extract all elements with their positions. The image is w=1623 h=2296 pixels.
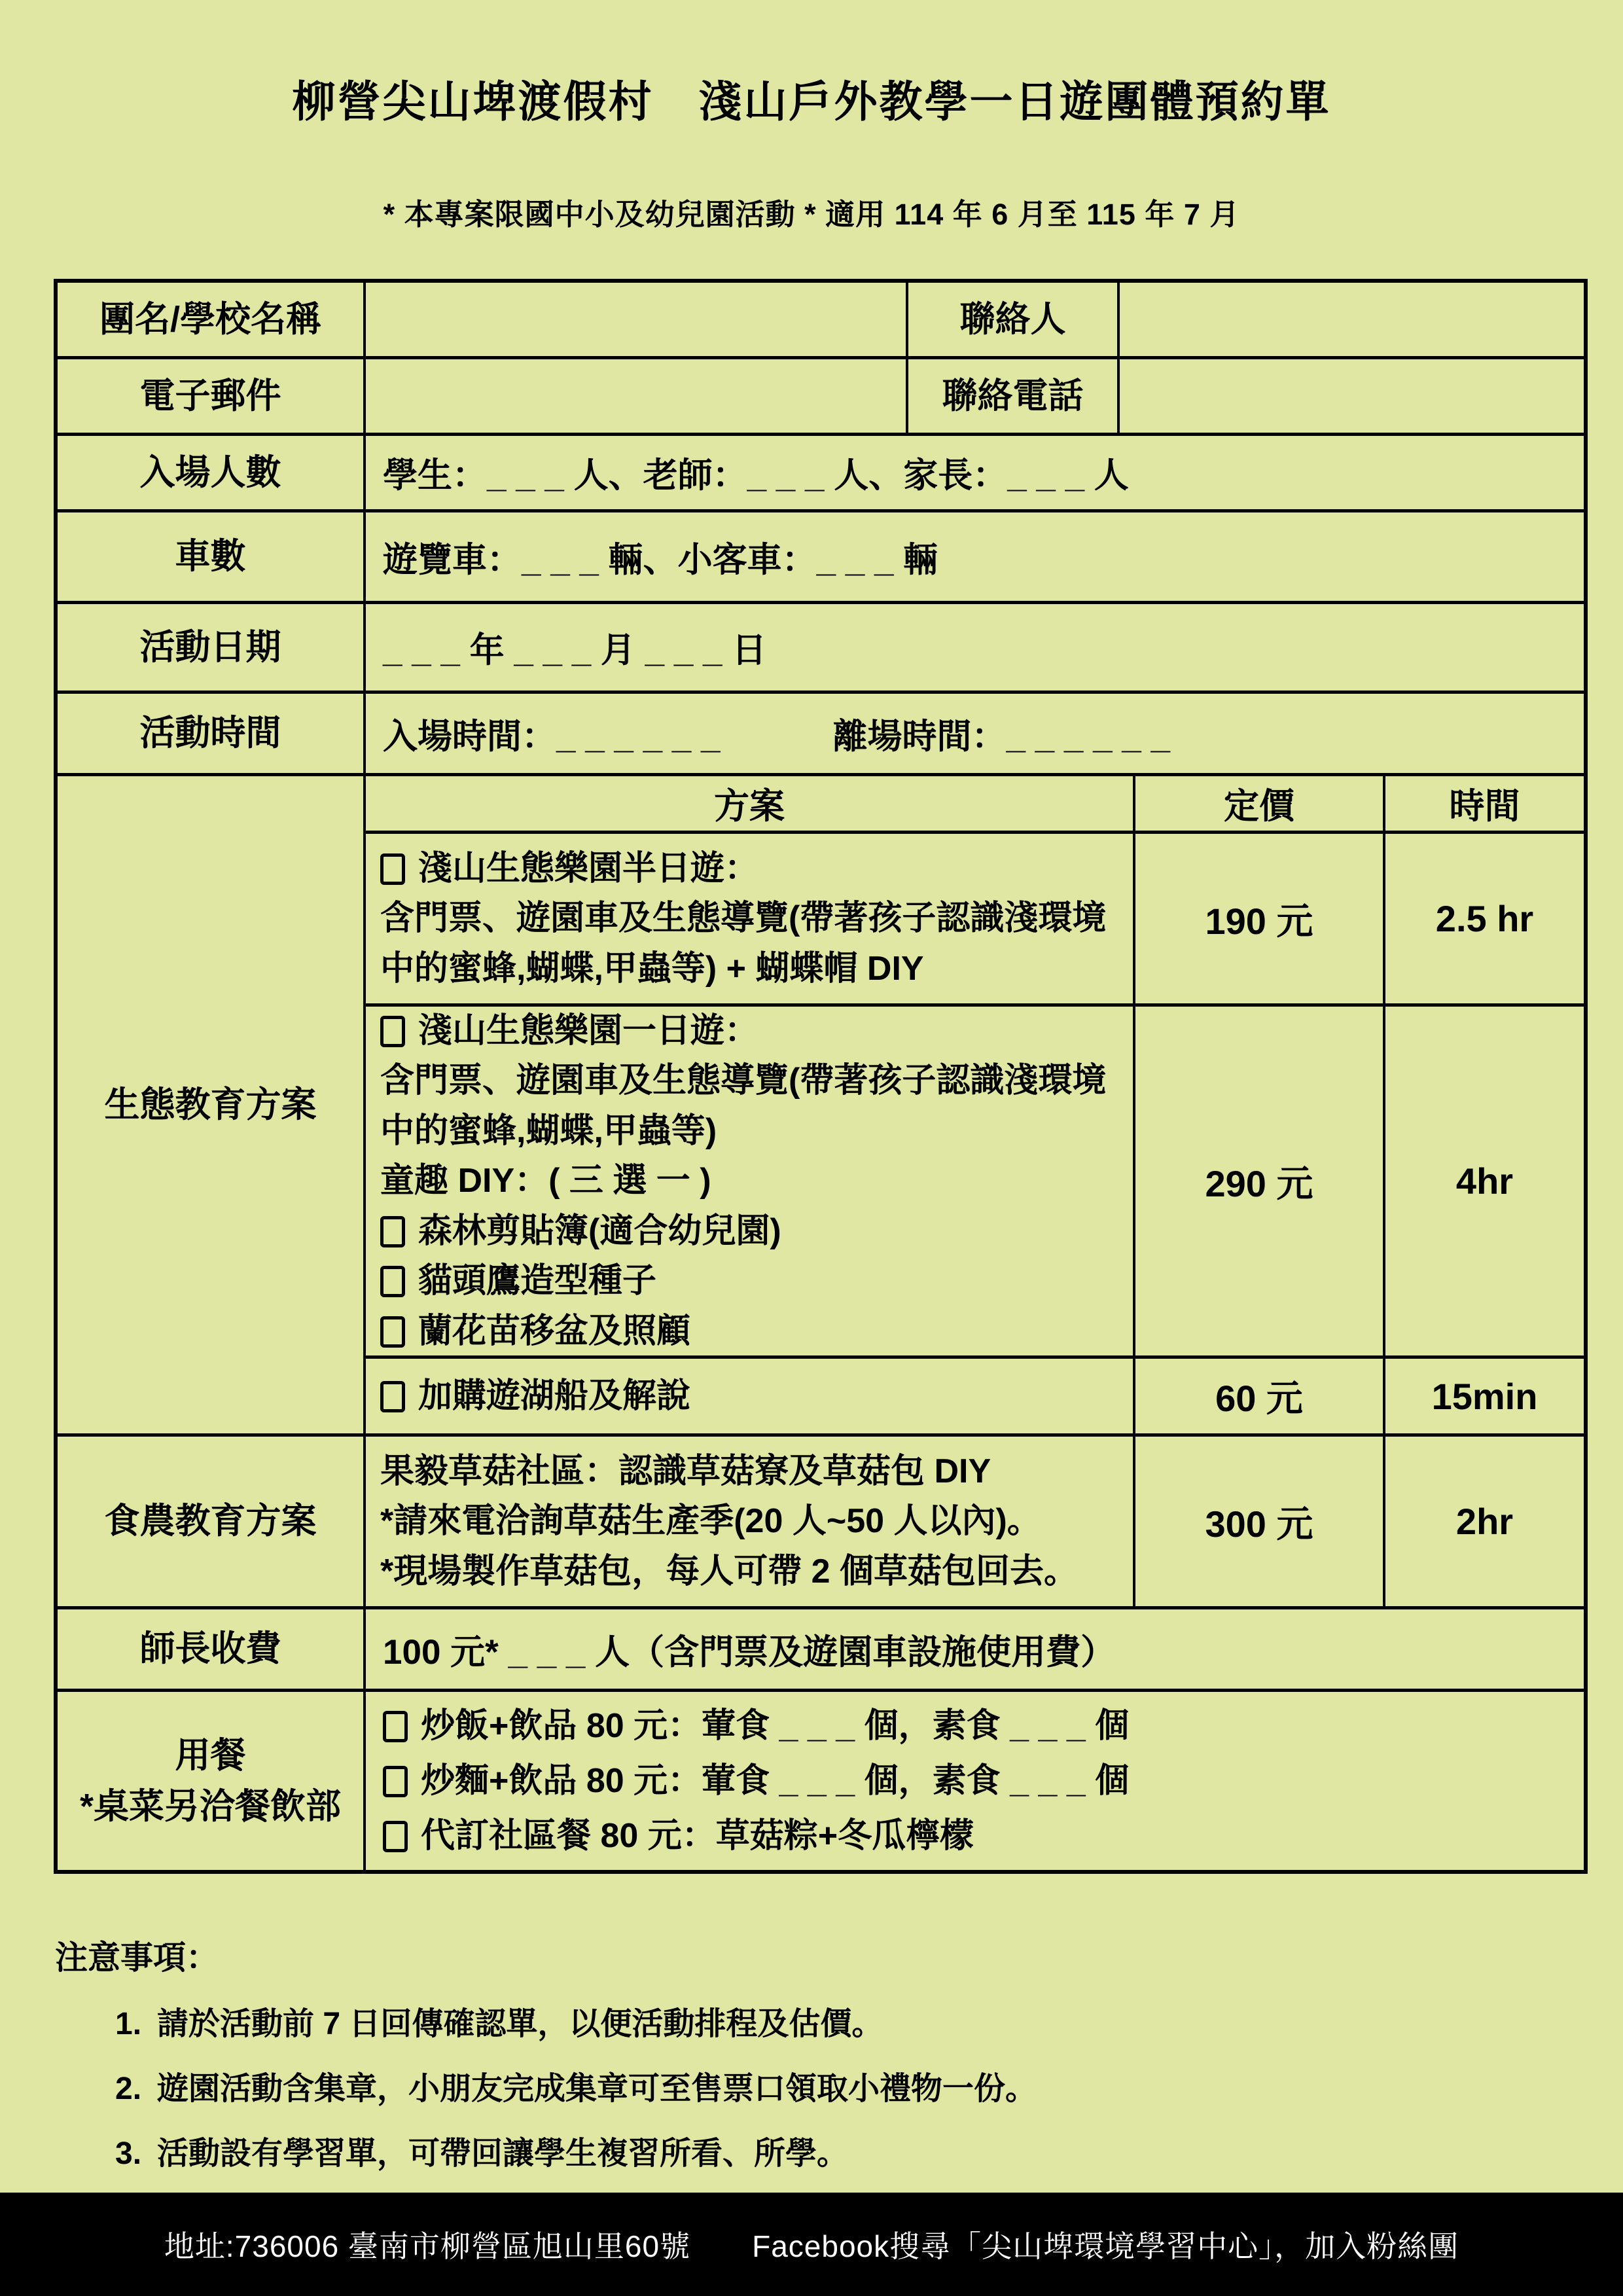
checkbox-diy-owl-seed[interactable] [380, 1266, 405, 1297]
vehicles-label: 車數 [58, 512, 366, 601]
note-text-3: 活動設有學習單，可帶回讓學生複習所看、所學。 [157, 2136, 848, 2171]
phone-label: 聯絡電話 [908, 359, 1120, 433]
row-activity-date: 活動日期 _ _ _ 年 _ _ _ 月 _ _ _ 日 [58, 604, 1584, 694]
boat-addon-title: 加購遊湖船及解說 [418, 1377, 690, 1415]
row-vehicles: 車數 遊覽車：_ _ _ 輛、小客車：_ _ _ 輛 [58, 512, 1584, 604]
agri-price-cell: 300 元 [1135, 1437, 1385, 1606]
row-agri-education: 食農教育方案 果毅草菇社區：認識草菇寮及草菇包 DIY *請來電洽詢草菇生產季(… [58, 1437, 1584, 1609]
row-meals: 用餐 *桌菜另洽餐飲部 炒飯+飲品 80 元：葷食 _ _ _ 個，素食 _ _… [58, 1692, 1584, 1870]
row-email: 電子郵件 聯絡電話 [58, 359, 1584, 436]
meals-label: 用餐 *桌菜另洽餐飲部 [58, 1692, 366, 1870]
half-day-title: 淺山生態樂園半日遊： [418, 850, 758, 888]
agri-line2: *請來電洽詢草菇生產季(20 人~50 人以內)。 [380, 1496, 1124, 1546]
row-activity-time: 活動時間 入場時間：_ _ _ _ _ _ 離場時間：_ _ _ _ _ _ [58, 694, 1584, 776]
full-day-line2: 含門票、遊園車及生態導覽(帶著孩子認識淺環境 [380, 1056, 1124, 1105]
agri-price: 300 元 [1205, 1496, 1313, 1548]
boat-addon-price-cell: 60 元 [1135, 1359, 1385, 1433]
activity-time-fill-in[interactable]: 入場時間：_ _ _ _ _ _ 離場時間：_ _ _ _ _ _ [366, 694, 1584, 773]
email-input-cell[interactable] [366, 359, 908, 433]
half-day-plan-cell: 淺山生態樂園半日遊： 含門票、遊園車及生態導覽(帶著孩子認識淺環境 中的蜜蜂,蝴… [366, 834, 1135, 1003]
boat-addon-cell: 加購遊湖船及解說 [366, 1359, 1135, 1433]
plan-row-boat-addon: 加購遊湖船及解說 60 元 15min [366, 1359, 1584, 1433]
price-column-header: 定價 [1135, 776, 1385, 831]
full-day-time-cell: 4hr [1385, 1007, 1584, 1355]
checkbox-diy-orchid-pot[interactable] [380, 1316, 405, 1348]
agri-line3: *現場製作草菇包，每人可帶 2 個草菇包回去。 [380, 1547, 1124, 1596]
contact-person-input-cell[interactable] [1120, 283, 1584, 356]
half-day-time-cell: 2.5 hr [1385, 834, 1584, 1003]
diy-option-1: 森林剪貼簿(適合幼兒園) [418, 1212, 781, 1250]
meals-label-line2: *桌菜另洽餐飲部 [80, 1781, 341, 1832]
eco-education-label: 生態教育方案 [58, 776, 366, 1433]
reservation-table: 團名/學校名稱 聯絡人 電子郵件 聯絡電話 入場人數 學生：_ _ _ 人、老師… [54, 279, 1588, 1874]
agri-plan-cell: 果毅草菇社區：認識草菇寮及草菇包 DIY *請來電洽詢草菇生產季(20 人~50… [366, 1437, 1135, 1606]
attendance-label: 入場人數 [58, 436, 366, 509]
exit-time-blank[interactable]: 離場時間：_ _ _ _ _ _ [832, 709, 1169, 759]
diy-option-2: 貓頭鷹造型種子 [418, 1262, 656, 1300]
plan-column-header: 方案 [366, 776, 1135, 831]
note-number-2: 2. [115, 2071, 157, 2107]
half-day-price-cell: 190 元 [1135, 834, 1385, 1003]
note-item-3: 3.活動設有學習單，可帶回讓學生複習所看、所學。 [115, 2128, 1623, 2173]
footer-bar: 地址:736006 臺南市柳營區旭山里60號 Facebook搜尋「尖山埤環境學… [0, 2193, 1623, 2296]
plan-row-half-day: 淺山生態樂園半日遊： 含門票、遊園車及生態導覽(帶著孩子認識淺環境 中的蜜蜂,蝴… [366, 834, 1584, 1007]
full-day-title: 淺山生態樂園一日遊： [418, 1012, 758, 1050]
footer-address-text: 地址:736006 臺南市柳營區旭山里60號 Facebook搜尋「尖山埤環境學… [164, 2223, 1459, 2266]
full-day-time: 4hr [1456, 1160, 1513, 1202]
full-day-diy-line: 童趣 DIY：( 三 選 一 ) [380, 1156, 1124, 1206]
attendance-fill-in[interactable]: 學生：_ _ _ 人、老師：_ _ _ 人、家長：_ _ _ 人 [366, 436, 1584, 509]
group-name-label: 團名/學校名稱 [58, 283, 366, 356]
half-day-line2: 含門票、遊園車及生態導覽(帶著孩子認識淺環境 [380, 893, 1124, 943]
boat-addon-time-cell: 15min [1385, 1359, 1584, 1433]
activity-time-label: 活動時間 [58, 694, 366, 773]
agri-line1: 果毅草菇社區：認識草菇寮及草菇包 DIY [380, 1446, 1124, 1496]
plan-row-full-day: 淺山生態樂園一日遊： 含門票、遊園車及生態導覽(帶著孩子認識淺環境 中的蜜蜂,蝴… [366, 1007, 1584, 1359]
time-column-header: 時間 [1385, 776, 1584, 831]
checkbox-meal-fried-rice[interactable] [383, 1711, 408, 1742]
meal-option-2: 炒麵+飲品 80 元：葷食 _ _ _ 個，素食 _ _ _ 個 [421, 1762, 1129, 1800]
eco-plan-stack: 方案 定價 時間 淺山生態樂園半日遊： 含門票、遊園車及生態導覽(帶著孩子認識淺… [366, 776, 1584, 1433]
notes-heading: 注意事項： [55, 1931, 1623, 1979]
entry-time-blank[interactable]: 入場時間：_ _ _ _ _ _ [383, 709, 720, 759]
meals-label-line1: 用餐 [175, 1730, 246, 1781]
full-day-line3: 中的蜜蜂,蝴蝶,甲蟲等) [380, 1106, 1124, 1156]
note-number-1: 1. [115, 2006, 157, 2042]
diy-option-3: 蘭花苗移盆及照顧 [418, 1312, 690, 1350]
half-day-line3: 中的蜜蜂,蝴蝶,甲蟲等) + 蝴蝶帽 DIY [380, 944, 1124, 994]
phone-input-cell[interactable] [1120, 359, 1584, 433]
row-group-name: 團名/學校名稱 聯絡人 [58, 283, 1584, 359]
note-text-1: 請於活動前 7 日回傳確認單，以便活動排程及估價。 [157, 2007, 883, 2041]
meals-options-cell: 炒飯+飲品 80 元：葷食 _ _ _ 個，素食 _ _ _ 個 炒麵+飲品 8… [366, 1692, 1584, 1870]
row-eco-education: 生態教育方案 方案 定價 時間 淺山生態樂園半日遊： 含門票、遊園車及生態導覽(… [58, 776, 1584, 1437]
half-day-time: 2.5 hr [1436, 897, 1533, 940]
note-item-2: 2.遊園活動含集章，小朋友完成集章可至售票口領取小禮物一份。 [115, 2063, 1623, 2108]
agri-time: 2hr [1456, 1500, 1513, 1543]
checkbox-meal-fried-noodles[interactable] [383, 1766, 408, 1797]
teacher-fee-fill-in[interactable]: 100 元* _ _ _ 人（含門票及遊園車設施使用費） [366, 1609, 1584, 1689]
checkbox-diy-forest-scrapbook[interactable] [380, 1216, 405, 1247]
note-number-3: 3. [115, 2136, 157, 2172]
checkbox-boat-addon[interactable] [380, 1381, 405, 1412]
page-subtitle: * 本專案限國中小及幼兒園活動 * 適用 114 年 6 月至 115 年 7 … [0, 190, 1623, 233]
page-title: 柳營尖山埤渡假村 淺山戶外教學一日遊團體預約單 [0, 0, 1623, 129]
note-item-1: 1.請於活動前 7 日回傳確認單，以便活動排程及估價。 [115, 1998, 1623, 2043]
activity-date-fill-in[interactable]: _ _ _ 年 _ _ _ 月 _ _ _ 日 [366, 604, 1584, 691]
row-attendance: 入場人數 學生：_ _ _ 人、老師：_ _ _ 人、家長：_ _ _ 人 [58, 436, 1584, 512]
full-day-price: 290 元 [1205, 1155, 1313, 1208]
agri-time-cell: 2hr [1385, 1437, 1584, 1606]
boat-addon-price: 60 元 [1215, 1370, 1303, 1422]
reservation-form-page: { "header": { "title": "柳營尖山埤渡假村 淺山戶外教學一… [0, 0, 1623, 2296]
group-name-input-cell[interactable] [366, 283, 908, 356]
contact-person-label: 聯絡人 [908, 283, 1120, 356]
full-day-price-cell: 290 元 [1135, 1007, 1385, 1355]
activity-date-label: 活動日期 [58, 604, 366, 691]
vehicles-fill-in[interactable]: 遊覽車：_ _ _ 輛、小客車：_ _ _ 輛 [366, 512, 1584, 601]
checkbox-half-day-plan[interactable] [380, 853, 405, 885]
row-teacher-fee: 師長收費 100 元* _ _ _ 人（含門票及遊園車設施使用費） [58, 1609, 1584, 1692]
plan-header-row: 方案 定價 時間 [366, 776, 1584, 834]
teacher-fee-label: 師長收費 [58, 1609, 366, 1689]
half-day-price: 190 元 [1205, 893, 1313, 945]
boat-addon-time: 15min [1432, 1375, 1538, 1418]
agri-education-label: 食農教育方案 [58, 1437, 366, 1606]
checkbox-meal-community-meal[interactable] [383, 1821, 408, 1852]
checkbox-full-day-plan[interactable] [380, 1016, 405, 1047]
note-text-2: 遊園活動含集章，小朋友完成集章可至售票口領取小禮物一份。 [157, 2072, 1037, 2106]
meal-option-3: 代訂社區餐 80 元：草菇粽+冬瓜檸檬 [421, 1817, 974, 1855]
email-label: 電子郵件 [58, 359, 366, 433]
meal-option-1: 炒飯+飲品 80 元：葷食 _ _ _ 個，素食 _ _ _ 個 [421, 1707, 1129, 1745]
full-day-plan-cell: 淺山生態樂園一日遊： 含門票、遊園車及生態導覽(帶著孩子認識淺環境 中的蜜蜂,蝴… [366, 1007, 1135, 1355]
notes-section: 注意事項： 1.請於活動前 7 日回傳確認單，以便活動排程及估價。 2.遊園活動… [55, 1931, 1623, 2173]
